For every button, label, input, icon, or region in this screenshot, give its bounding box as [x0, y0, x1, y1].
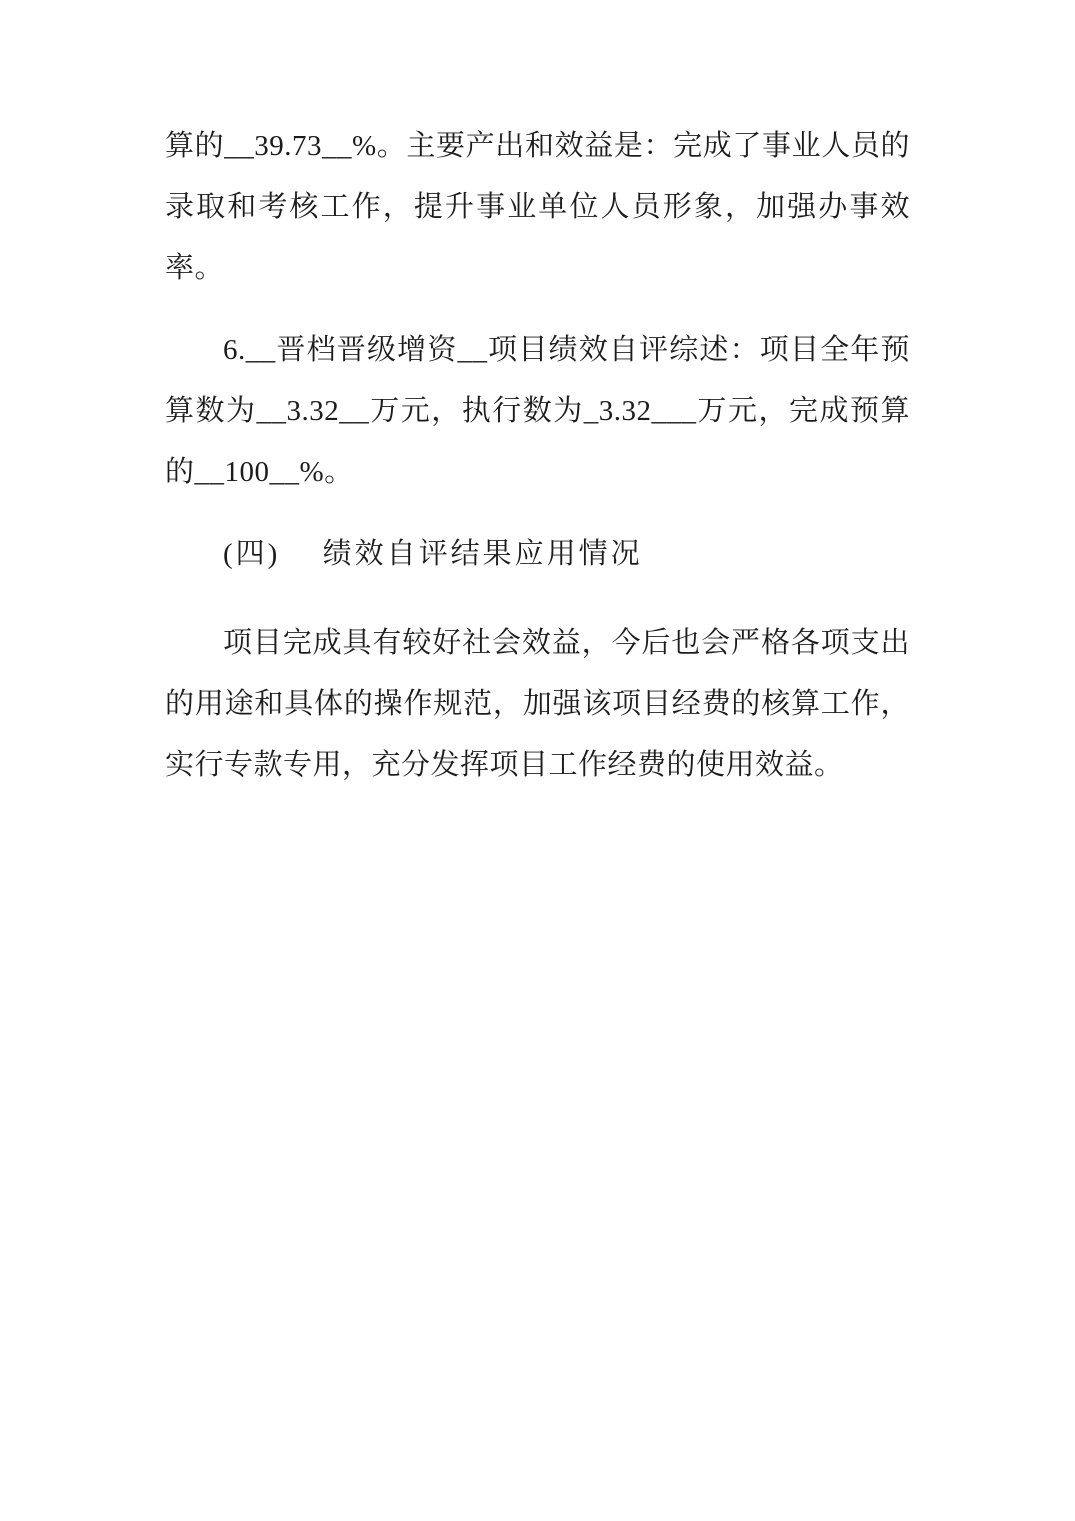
document-page: 算的__39.73__%。主要产出和效益是：完成了事业人员的录取和考核工作，提升… — [0, 0, 1075, 1521]
section-heading-result-application: (四) 绩效自评结果应用情况 — [165, 524, 910, 585]
paragraph-item-6-self-evaluation: 6.__晋档晋级增资__项目绩效自评综述：项目全年预算数为__3.32__万元，… — [165, 320, 910, 503]
paragraph-result-application-body: 项目完成具有较好社会效益，今后也会严格各项支出的用途和具体的操作规范，加强该项目… — [165, 613, 910, 796]
paragraph-budget-completion: 算的__39.73__%。主要产出和效益是：完成了事业人员的录取和考核工作，提升… — [165, 116, 910, 299]
